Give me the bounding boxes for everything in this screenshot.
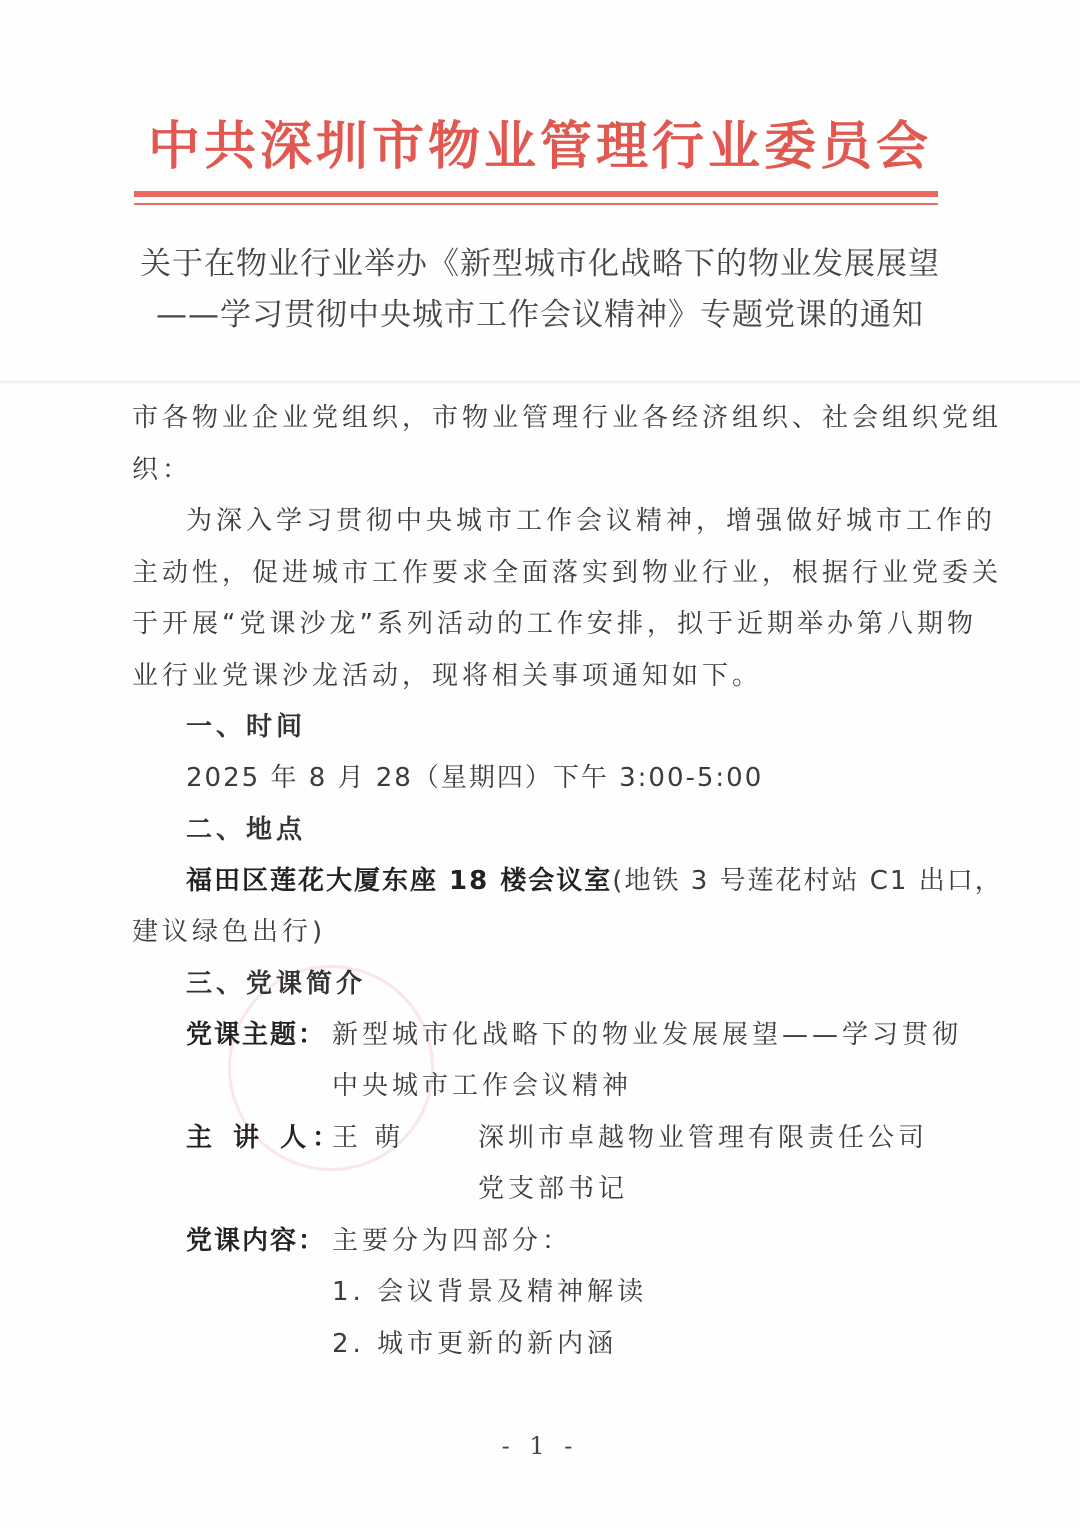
speaker-org-line1: 深圳市卓越物业管理有限责任公司 [478,1118,928,1158]
intro-line: 主动性，促进城市工作要求全面落实到物业行业，根据行业党委关 [132,553,1002,593]
topic-line1: 新型城市化战略下的物业发展展望——学习贯彻 [332,1015,962,1055]
venue-name: 福田区莲花大厦东座 18 楼会议室 [186,866,612,896]
section-heading-time: 一、时间 [186,707,306,747]
venue-note-line2: 建议绿色出行) [132,912,326,952]
content-item: 1. 会议背景及精神解读 [332,1272,647,1312]
organization-header: 中共深圳市物业管理行业委员会 [0,112,1080,182]
header-rule-thick [134,191,938,197]
salutation-line2: 织： [132,450,192,490]
speaker-label: 主 讲 人： [186,1118,344,1158]
intro-line: 业行业党课沙龙活动，现将相关事项通知如下。 [132,656,762,696]
topic-line2: 中央城市工作会议精神 [332,1066,632,1106]
notice-title-line1: 关于在物业行业举办《新型城市化战略下的物业发展展望 [0,242,1080,286]
section-heading-location: 二、地点 [186,810,306,850]
content-label: 党课内容： [186,1221,326,1261]
event-time: 2025 年 8 月 28（星期四）下午 3:00-5:00 [186,758,763,798]
speaker-name: 王 萌 [332,1118,404,1158]
venue-note: (地铁 3 号莲花村站 C1 出口， [612,866,1002,896]
salutation-line1: 市各物业企业党组织，市物业管理行业各经济组织、社会组织党组 [132,398,1002,438]
venue-line: 福田区莲花大厦东座 18 楼会议室(地铁 3 号莲花村站 C1 出口， [186,861,1003,901]
intro-line: 于开展“党课沙龙”系列活动的工作安排，拟于近期举办第八期物 [132,604,977,644]
intro-line: 为深入学习贯彻中央城市工作会议精神，增强做好城市工作的 [186,501,996,541]
topic-label: 党课主题： [186,1015,326,1055]
content-item: 2. 城市更新的新内涵 [332,1324,617,1364]
header-rule-thin [134,203,938,205]
page-number: - 1 - [0,1432,1080,1460]
paper-fold-line [0,380,1080,384]
notice-title-line2: ——学习贯彻中央城市工作会议精神》专题党课的通知 [0,293,1080,337]
content-intro: 主要分为四部分： [332,1221,572,1261]
section-heading-lecture: 三、党课简介 [186,964,366,1004]
speaker-org-line2: 党支部书记 [478,1169,628,1209]
